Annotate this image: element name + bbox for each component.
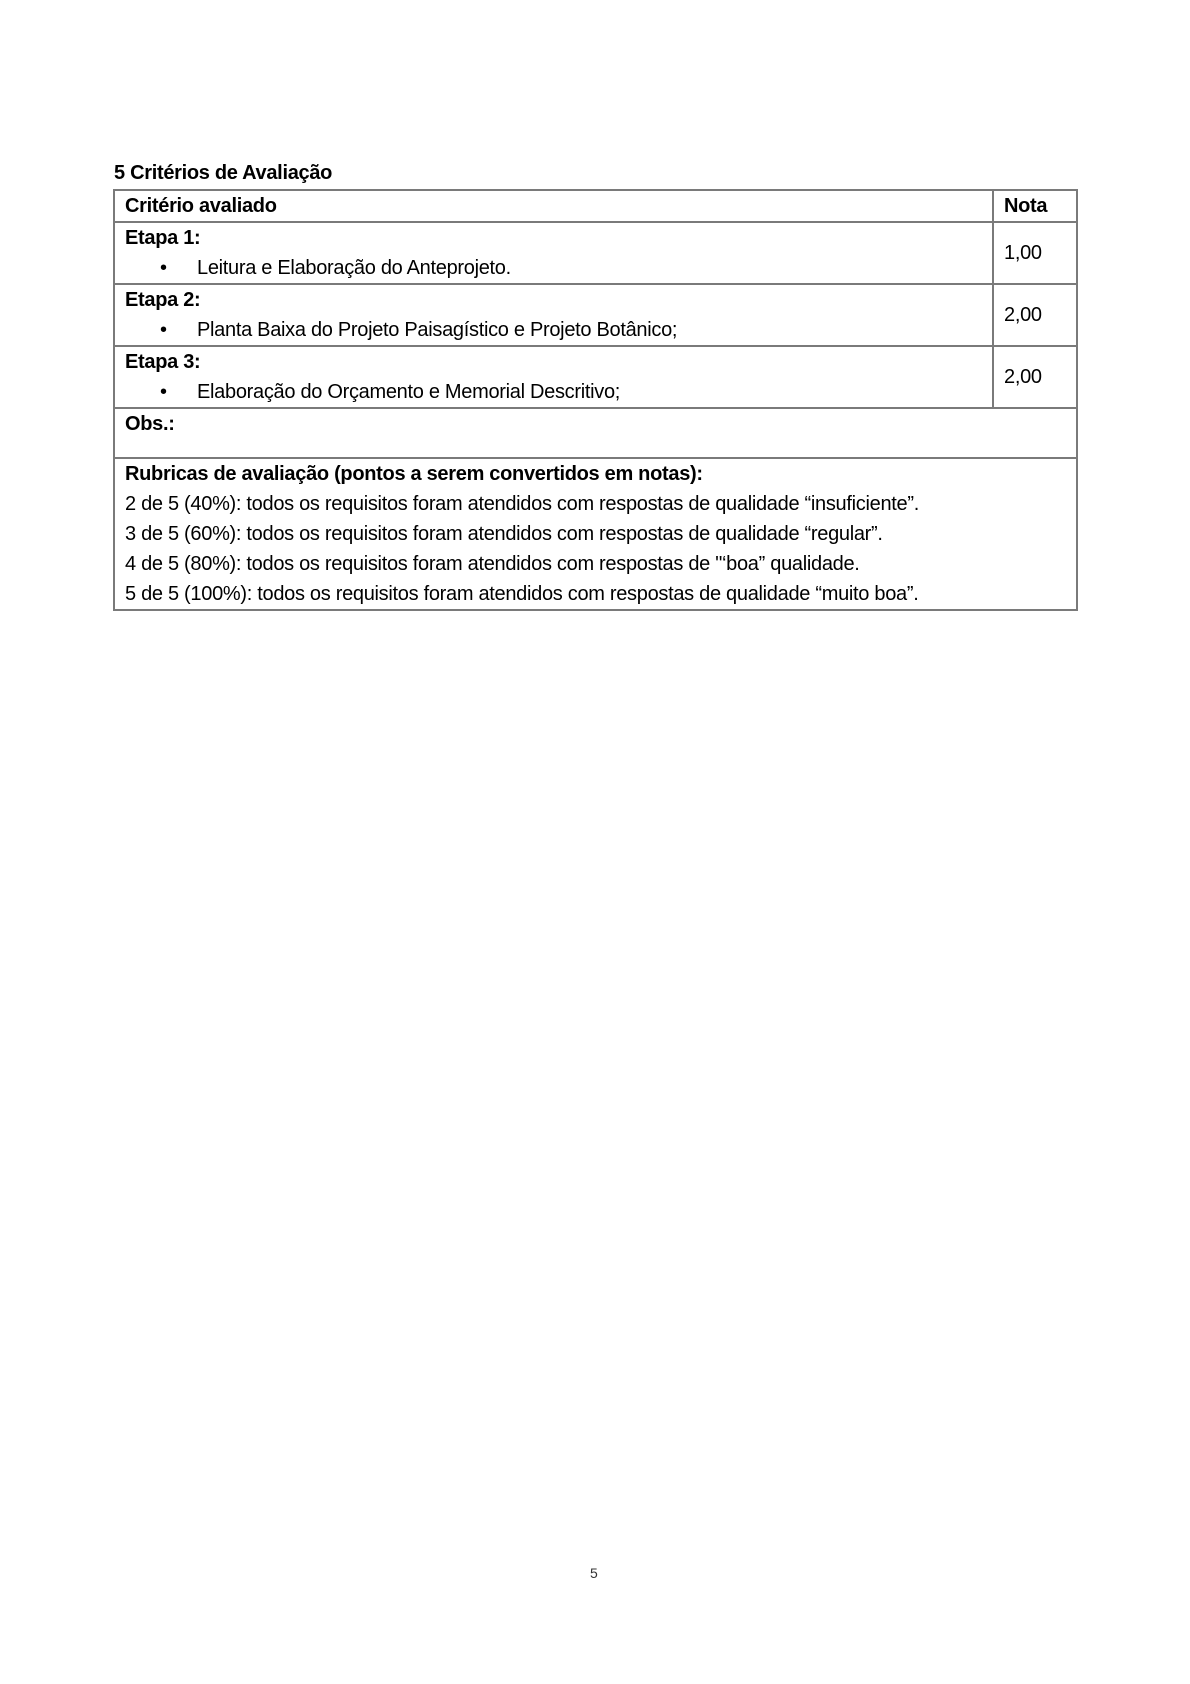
rubrica-line: 3 de 5 (60%): todos os requisitos foram …: [125, 519, 1066, 549]
bullet-item: • Leitura e Elaboração do Anteprojeto.: [125, 253, 982, 283]
item-text: Leitura e Elaboração do Anteprojeto.: [160, 253, 982, 283]
document-page: 5 Critérios de Avaliação Critério avalia…: [0, 0, 1190, 1684]
obs-cell: Obs.:: [114, 408, 1077, 458]
nota-value: 2,00: [993, 284, 1077, 346]
evaluation-criteria-table: Critério avaliado Nota Etapa 1: • Leitur…: [113, 189, 1078, 611]
etapa-label: Etapa 2:: [125, 285, 982, 315]
rubrica-line: 4 de 5 (80%): todos os requisitos foram …: [125, 549, 1066, 579]
bullet-item: • Elaboração do Orçamento e Memorial Des…: [125, 377, 982, 407]
nota-value: 2,00: [993, 346, 1077, 408]
item-text: Planta Baixa do Projeto Paisagístico e P…: [160, 315, 982, 345]
rubricas-cell: Rubricas de avaliação (pontos a serem co…: [114, 458, 1077, 610]
rubrica-line: 2 de 5 (40%): todos os requisitos foram …: [125, 489, 1066, 519]
page-number: 5: [590, 1565, 598, 1581]
section-title: 5 Critérios de Avaliação: [114, 160, 332, 186]
obs-label: Obs.:: [125, 413, 175, 435]
etapa-label: Etapa 3:: [125, 347, 982, 377]
nota-value: 1,00: [993, 222, 1077, 284]
obs-row: Obs.:: [114, 408, 1077, 458]
bullet-icon: •: [160, 253, 196, 283]
item-text: Elaboração do Orçamento e Memorial Descr…: [160, 377, 982, 407]
header-criterio: Critério avaliado: [114, 190, 993, 222]
rubricas-title: Rubricas de avaliação (pontos a serem co…: [125, 459, 1066, 489]
rubricas-row: Rubricas de avaliação (pontos a serem co…: [114, 458, 1077, 610]
criterio-cell: Etapa 2: • Planta Baixa do Projeto Paisa…: [114, 284, 993, 346]
bullet-icon: •: [160, 315, 196, 345]
bullet-icon: •: [160, 377, 196, 407]
bullet-item: • Planta Baixa do Projeto Paisagístico e…: [125, 315, 982, 345]
table-row: Etapa 3: • Elaboração do Orçamento e Mem…: [114, 346, 1077, 408]
criterio-cell: Etapa 1: • Leitura e Elaboração do Antep…: [114, 222, 993, 284]
rubrica-line: 5 de 5 (100%): todos os requisitos foram…: [125, 579, 1066, 609]
criterio-cell: Etapa 3: • Elaboração do Orçamento e Mem…: [114, 346, 993, 408]
table-row: Etapa 2: • Planta Baixa do Projeto Paisa…: [114, 284, 1077, 346]
table-row: Etapa 1: • Leitura e Elaboração do Antep…: [114, 222, 1077, 284]
header-nota: Nota: [993, 190, 1077, 222]
etapa-label: Etapa 1:: [125, 223, 982, 253]
table-header-row: Critério avaliado Nota: [114, 190, 1077, 222]
